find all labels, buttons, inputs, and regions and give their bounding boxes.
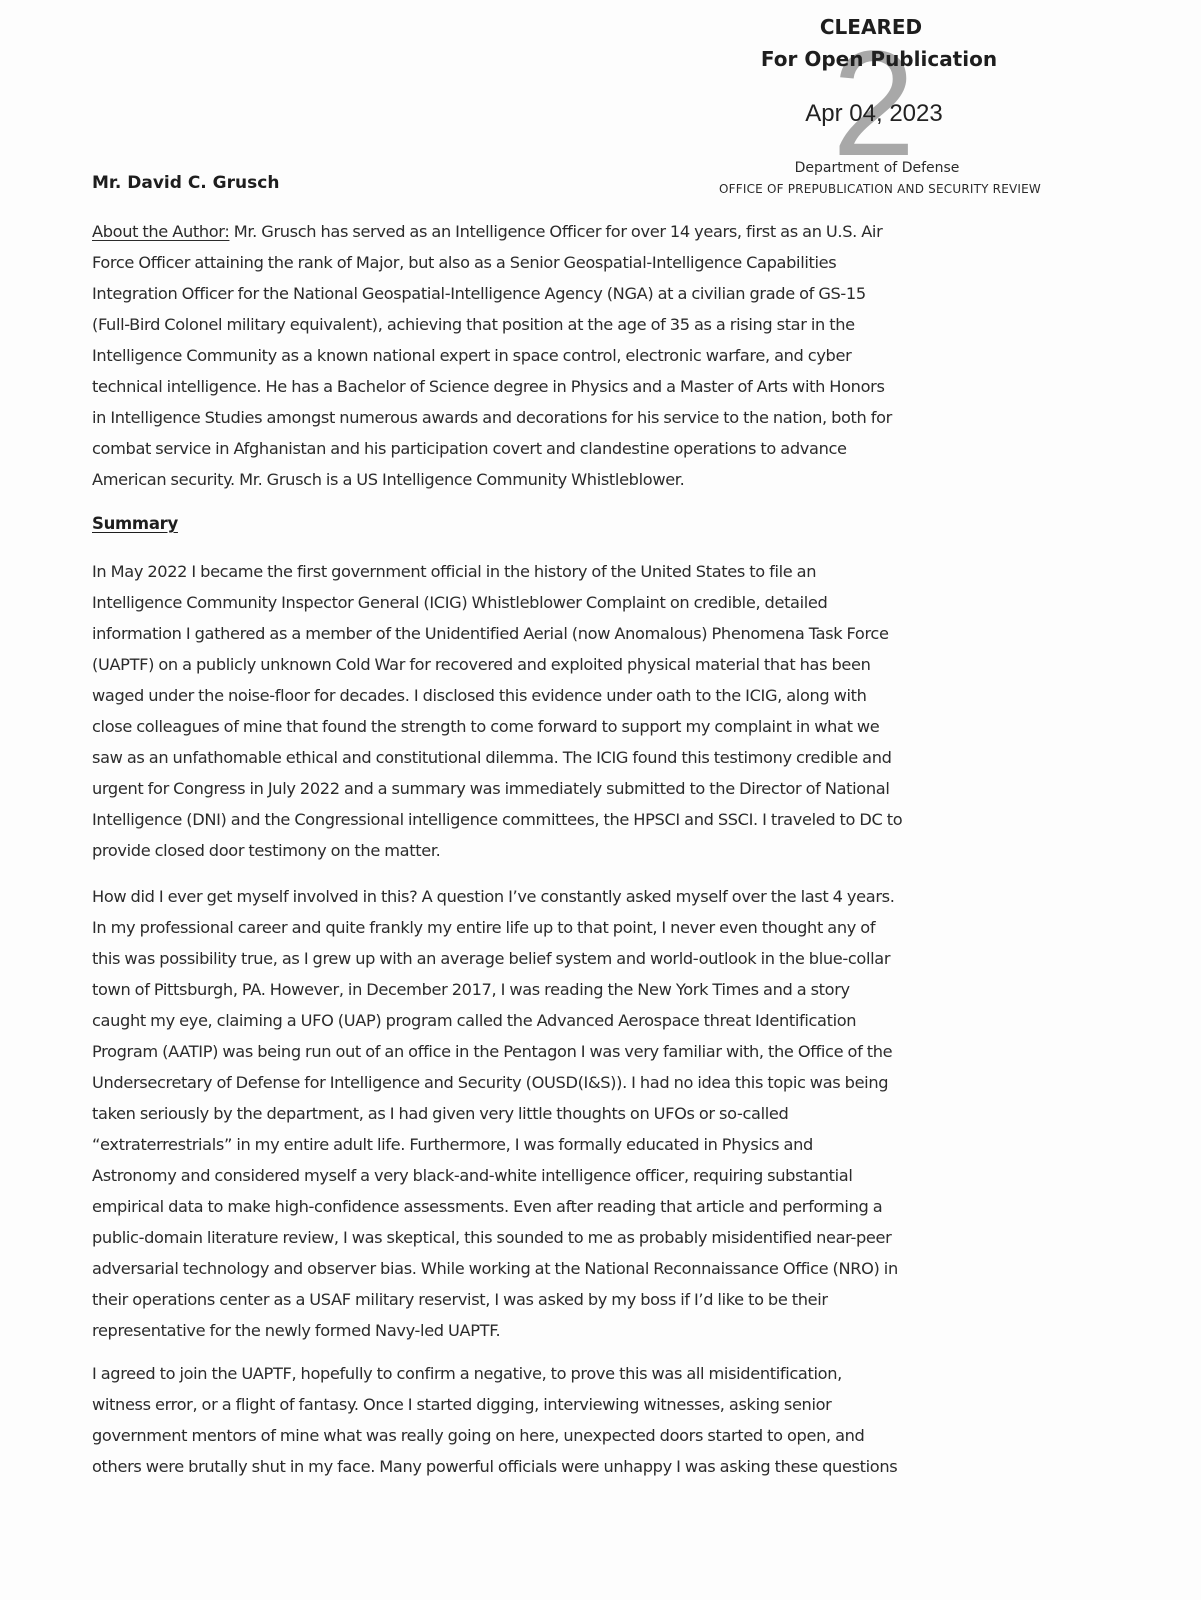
paragraph-line: Intelligence (DNI) and the Congressional… — [92, 804, 1092, 835]
paragraph-line: Astronomy and considered myself a very b… — [92, 1160, 1092, 1191]
paragraph-line: American security. Mr. Grusch is a US In… — [92, 464, 1092, 495]
paragraph-line: others were brutally shut in my face. Ma… — [92, 1451, 1092, 1482]
about-author-label: About the Author: — [92, 222, 229, 241]
paragraph-line: in Intelligence Studies amongst numerous… — [92, 402, 1092, 433]
summary-paragraph-1: In May 2022 I became the first governmen… — [92, 556, 1092, 866]
clearance-stamp: 2 CLEARED For Open Publication Apr 04, 2… — [690, 10, 1070, 210]
stamp-office: OFFICE OF PREPUBLICATION AND SECURITY RE… — [680, 182, 1080, 196]
paragraph-line: urgent for Congress in July 2022 and a s… — [92, 773, 1092, 804]
paragraph-line: caught my eye, claiming a UFO (UAP) prog… — [92, 1005, 1092, 1036]
paragraph-line: Force Officer attaining the rank of Majo… — [92, 247, 1092, 278]
paragraph-line: (Full-Bird Colonel military equivalent),… — [92, 309, 1092, 340]
paragraph-line: Integration Officer for the National Geo… — [92, 278, 1092, 309]
paragraph-line: I agreed to join the UAPTF, hopefully to… — [92, 1358, 1092, 1389]
paragraph-line: Program (AATIP) was being run out of an … — [92, 1036, 1092, 1067]
stamp-department: Department of Defense — [690, 160, 1070, 176]
paragraph-line: witness error, or a flight of fantasy. O… — [92, 1389, 1092, 1420]
paragraph-line: saw as an unfathomable ethical and const… — [92, 742, 1092, 773]
paragraph-line: public-domain literature review, I was s… — [92, 1222, 1092, 1253]
paragraph-line: government mentors of mine what was real… — [92, 1420, 1092, 1451]
paragraph-line: adversarial technology and observer bias… — [92, 1253, 1092, 1284]
paragraph-line: waged under the noise-floor for decades.… — [92, 680, 1092, 711]
paragraph-line: their operations center as a USAF milita… — [92, 1284, 1092, 1315]
paragraph-line: empirical data to make high-confidence a… — [92, 1191, 1092, 1222]
document-page: 2 CLEARED For Open Publication Apr 04, 2… — [0, 0, 1201, 1600]
paragraph-line: Undersecretary of Defense for Intelligen… — [92, 1067, 1092, 1098]
paragraph-line: In May 2022 I became the first governmen… — [92, 556, 1092, 587]
paragraph-line: information I gathered as a member of th… — [92, 618, 1092, 649]
paragraph-line: How did I ever get myself involved in th… — [92, 881, 1092, 912]
paragraph-line: taken seriously by the department, as I … — [92, 1098, 1092, 1129]
paragraph-line: Intelligence Community Inspector General… — [92, 587, 1092, 618]
paragraph-line: town of Pittsburgh, PA. However, in Dece… — [92, 974, 1092, 1005]
paragraph-line: In my professional career and quite fran… — [92, 912, 1092, 943]
about-author-paragraph: About the Author: Mr. Grusch has served … — [92, 216, 1092, 495]
stamp-cleared-label: CLEARED — [690, 15, 1070, 39]
summary-paragraph-2: How did I ever get myself involved in th… — [92, 881, 1092, 1346]
paragraph-line: “extraterrestrials” in my entire adult l… — [92, 1129, 1092, 1160]
stamp-date: Apr 04, 2023 — [690, 100, 1070, 128]
stamp-subtitle: For Open Publication — [690, 47, 1070, 71]
paragraph-line: (UAPTF) on a publicly unknown Cold War f… — [92, 649, 1092, 680]
paragraph-line: representative for the newly formed Navy… — [92, 1315, 1092, 1346]
paragraph-line: this was possibility true, as I grew up … — [92, 943, 1092, 974]
paragraph-line: provide closed door testimony on the mat… — [92, 835, 1092, 866]
summary-paragraph-3: I agreed to join the UAPTF, hopefully to… — [92, 1358, 1092, 1482]
paragraph-line: technical intelligence. He has a Bachelo… — [92, 371, 1092, 402]
paragraph-line: About the Author: Mr. Grusch has served … — [92, 216, 1092, 247]
paragraph-line: combat service in Afghanistan and his pa… — [92, 433, 1092, 464]
paragraph-line: close colleagues of mine that found the … — [92, 711, 1092, 742]
author-name: Mr. David C. Grusch — [92, 173, 279, 193]
paragraph-line: Intelligence Community as a known nation… — [92, 340, 1092, 371]
summary-heading: Summary — [92, 514, 178, 533]
